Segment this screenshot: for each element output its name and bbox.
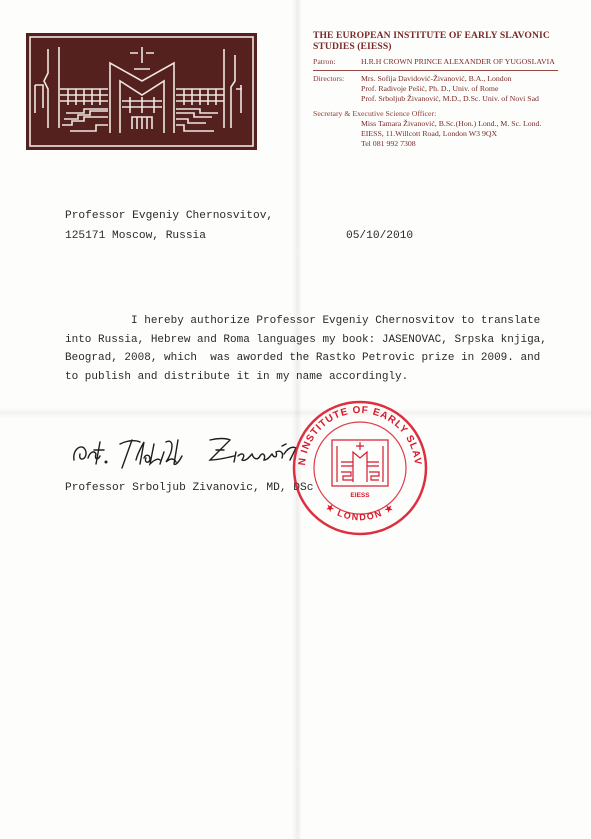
director-1: Mrs. Sofija Davidović-Živanović, B.A., L… — [361, 74, 512, 84]
body-line: to publish and distribute it in my name … — [65, 368, 547, 387]
letterhead-divider — [313, 70, 558, 71]
institute-phone: Tel 081 992 7308 — [361, 139, 416, 149]
institute-name: THE EUROPEAN INSTITUTE OF EARLY SLAVONIC… — [313, 30, 588, 52]
directors-label: Directors: — [313, 74, 361, 84]
svg-text:★ LONDON ★: ★ LONDON ★ — [324, 501, 396, 522]
institute-address: EIESS, 11.Willcott Road, London W3 9QX — [361, 129, 497, 139]
director-2: Prof. Radivoje Pešić, Ph. D., Univ. of R… — [361, 84, 498, 94]
patron-name: H.R.H CROWN PRINCE ALEXANDER OF YUGOSLAV… — [361, 57, 555, 67]
institute-seal-stamp: THE EUROPEAN INSTITUTE OF EARLY SLAVONIC… — [285, 396, 435, 541]
body-line: I hereby authorize Professor Evgeniy Che… — [65, 312, 547, 331]
director-3: Prof. Srboljub Živanović, M.D., D.Sc. Un… — [361, 94, 539, 104]
body-line: Beograd, 2008, which was aworded the Ras… — [65, 349, 547, 368]
recipient-address: Professor Evgeniy Chernosvitov,125171 Mo… — [65, 206, 273, 246]
signatory-name: Professor Srboljub Zivanovic, MD, DSc — [65, 478, 313, 498]
letter-date: 05/10/2010 — [346, 226, 413, 246]
seal-center-text: EIESS — [350, 492, 370, 499]
secretary-name: Miss Tamara Živanović, B.Sc.(Hon.) Lond.… — [361, 119, 541, 129]
recipient-name: Professor Evgeniy Chernosvitov, — [65, 206, 273, 226]
eiess-logo-icon — [26, 33, 257, 150]
handwritten-signature — [70, 430, 310, 480]
secretary-label: Secretary & Executive Science Officer: — [313, 109, 436, 119]
patron-label: Patron: — [313, 57, 361, 67]
recipient-city: 125171 Moscow, Russia — [65, 226, 273, 246]
letterhead: THE EUROPEAN INSTITUTE OF EARLY SLAVONIC… — [313, 30, 588, 149]
letter-body: I hereby authorize Professor Evgeniy Che… — [65, 312, 547, 386]
body-line: into Russia, Hebrew and Roma languages m… — [65, 331, 547, 350]
seal-bottom-text: ★ LONDON ★ — [324, 501, 396, 522]
